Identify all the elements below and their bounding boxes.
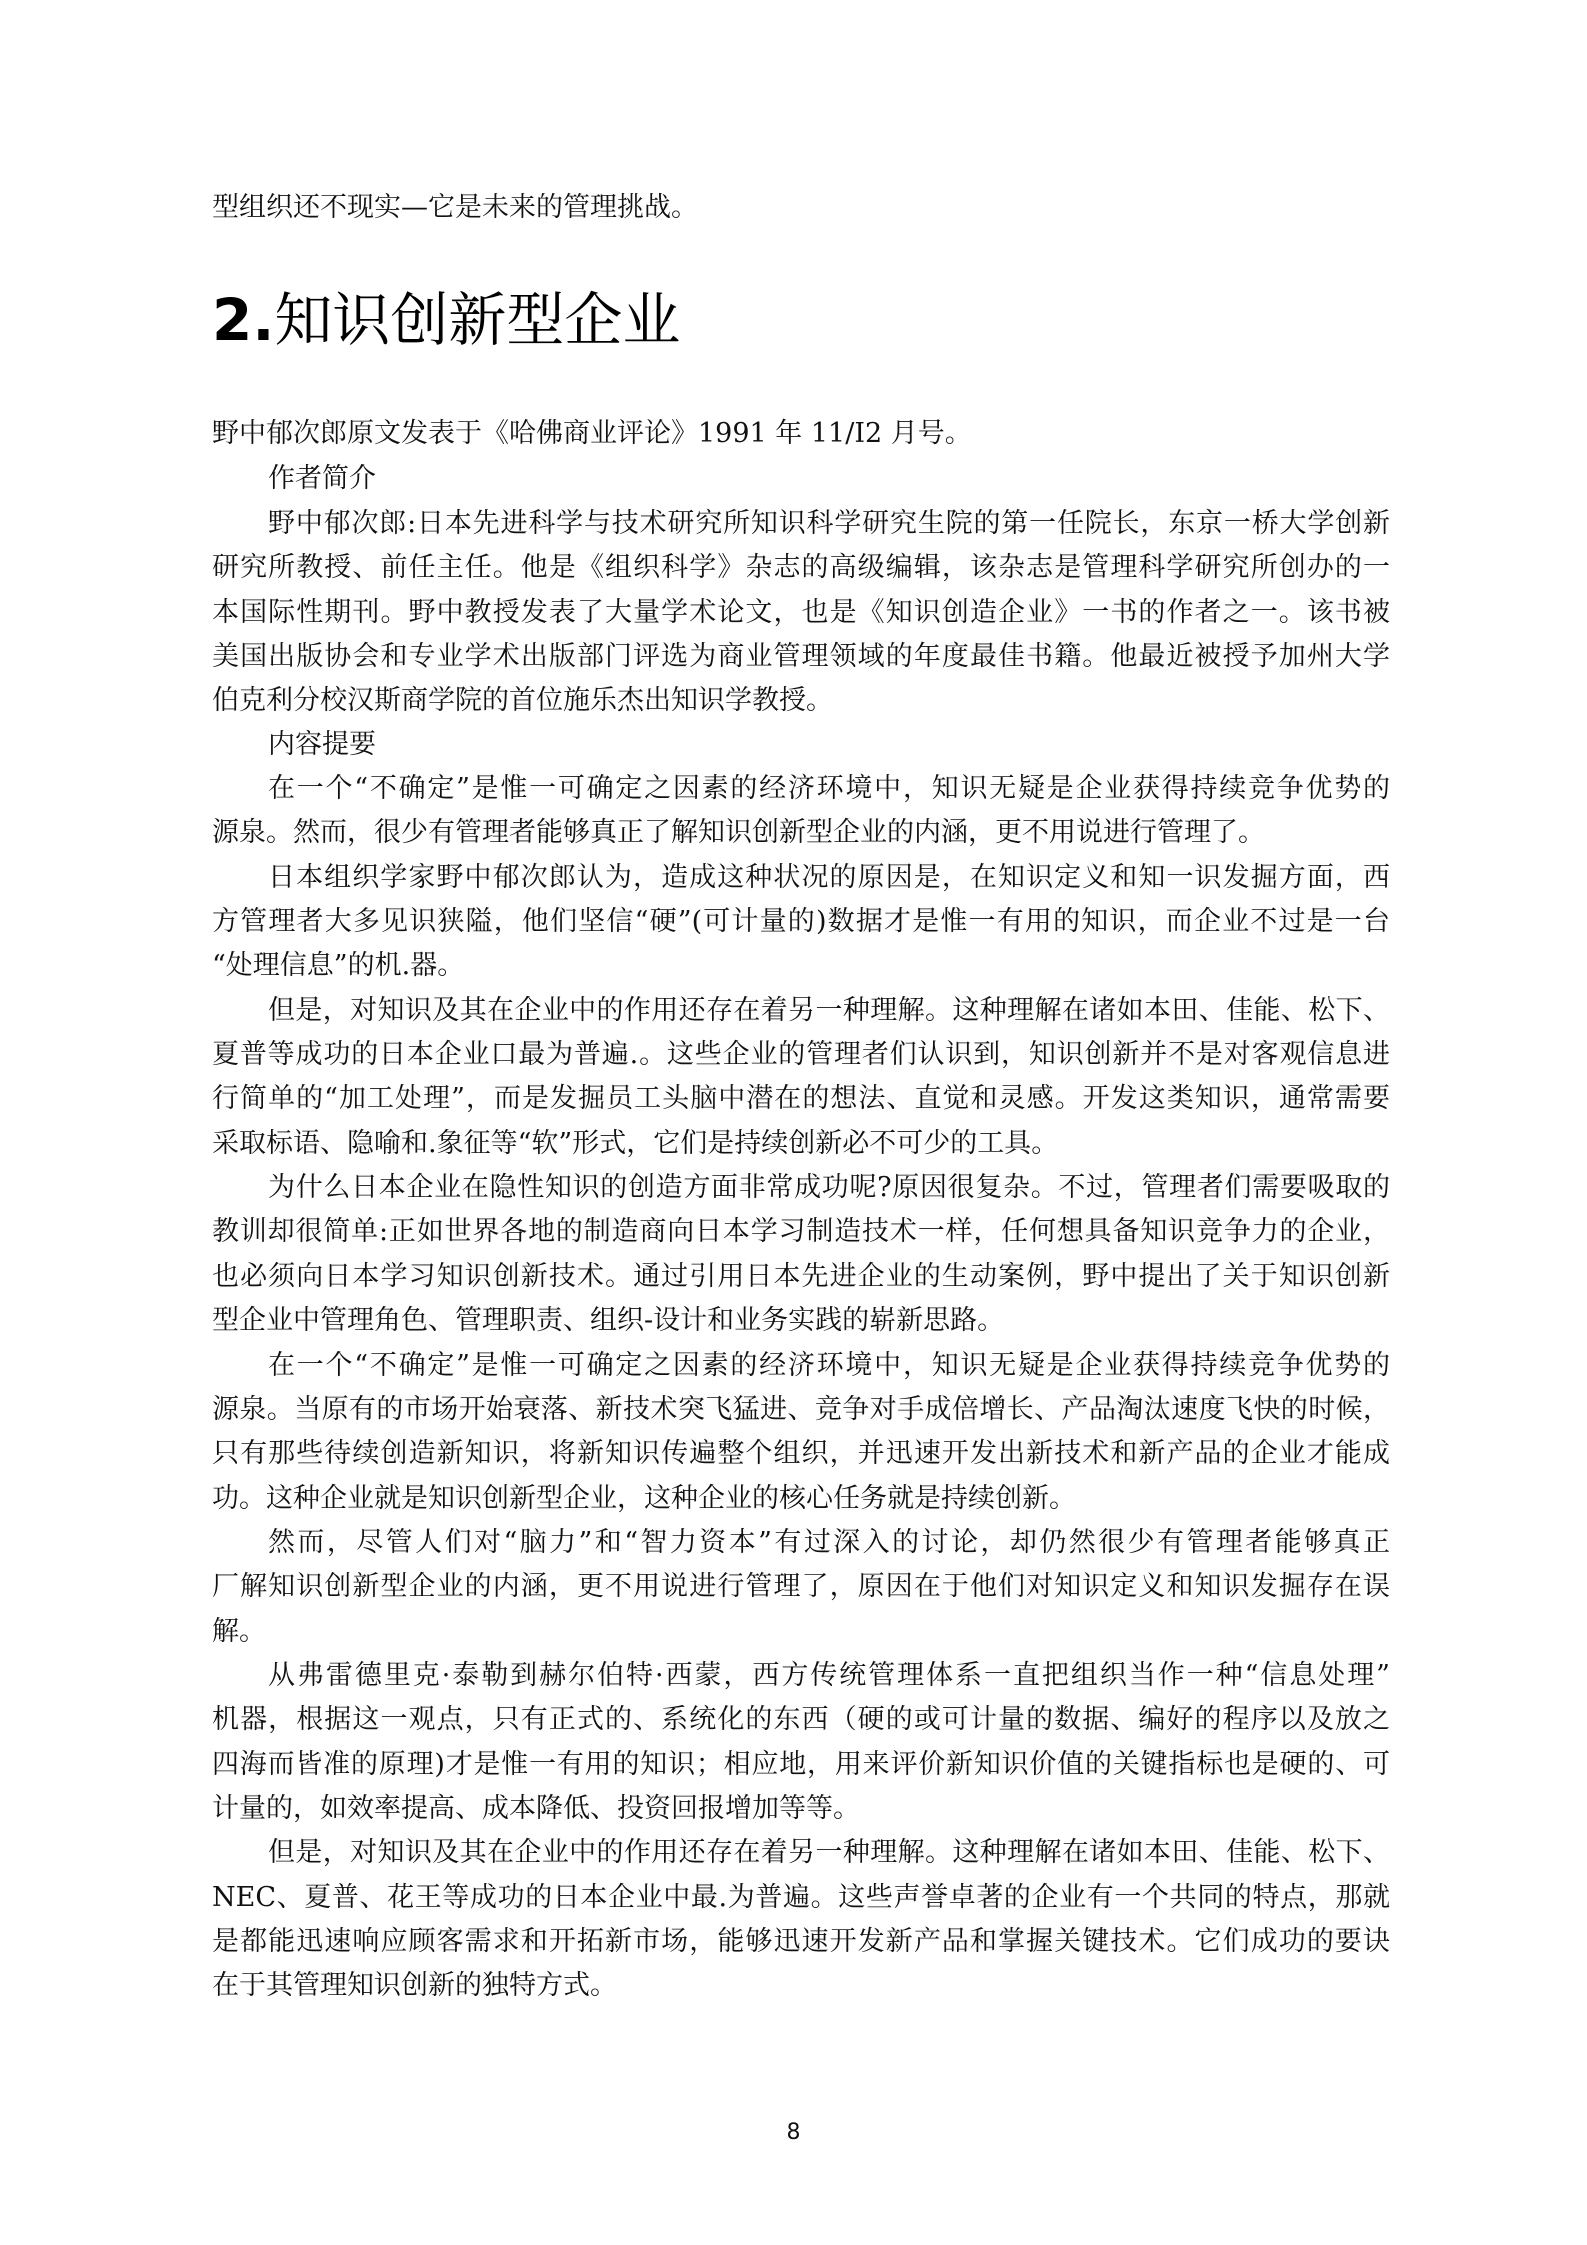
body-line: NEC、夏普、花王等成功的日本企业中最.为普遍。这些声誉卓著的企业有一个共同的特… (212, 1880, 1390, 1916)
body-line: 美国出版协会和专业学术出版部门评选为商业管理领域的年度最佳书籍。他最近被授予加州… (212, 639, 1390, 675)
body-line: 行简单的“加工处理”，而是发掘员工头脑中潜在的想法、直觉和灵感。开发这类知识，通… (212, 1081, 1390, 1117)
body-line: 源泉。当原有的市场开始衰落、新技术突飞猛进、竞争对手成倍增长、产品淘汰速度飞快的… (212, 1392, 1390, 1428)
body-line: 为什么日本企业在隐性知识的创造方面非常成功呢?原因很复杂。不过，管理者们需要吸取… (268, 1170, 1390, 1206)
body-line: 源泉。然而，很少有管理者能够真正了解知识创新型企业的内涵，更不用说进行管理了。 (212, 815, 1390, 851)
body-line: 从弗雷德里克·泰勒到赫尔伯特·西蒙，西方传统管理体系一直把组织当作一种“信息处理… (268, 1658, 1390, 1694)
body-line: 也必须向日本学习知识创新技术。通过引用日本先进企业的生动案例，野中提出了关于知识… (212, 1259, 1390, 1295)
body-line: 解。 (212, 1614, 1390, 1650)
body-line: “处理信息”的机.器。 (212, 948, 1390, 984)
body-line: 但是，对知识及其在企业中的作用还存在着另一种理解。这种理解在诸如本田、佳能、松下… (268, 993, 1390, 1029)
body-line: 功。这种企业就是知识创新型企业，这种企业的核心任务就是持续创新。 (212, 1481, 1390, 1517)
body-line: 四海而皆准的原理)才是惟一有用的知识；相应地，用来评价新知识价值的关键指标也是硬… (212, 1747, 1390, 1783)
body-line: 教训却很简单:正如世界各地的制造商向日本学习制造技术一样，任何想具备知识竞争力的… (212, 1214, 1390, 1250)
document-page: 型组织还不现实—它是未来的管理挑战。 2.知识创新型企业 野中郁次郎原文发表于《… (0, 0, 1587, 2245)
body-line: 是都能迅速响应顾客需求和开拓新市场，能够迅速开发新产品和掌握关键技术。它们成功的… (212, 1924, 1390, 1960)
body-line: 采取标语、隐喻和.象征等“软”形式，它们是持续创新必不可少的工具。 (212, 1126, 1390, 1162)
body-line: 在一个“不确定”是惟一可确定之因素的经济环境中，知识无疑是企业获得持续竞争优势的 (268, 1348, 1390, 1384)
body-line: 方管理者大多见识狭隘，他们坚信“硬”(可计量的)数据才是惟一有用的知识，而企业不… (212, 904, 1390, 940)
body-line: 夏普等成功的日本企业口最为普遍.。这些企业的管理者们认识到，知识创新并不是对客观… (212, 1037, 1390, 1073)
section-heading: 2.知识创新型企业 (212, 282, 680, 358)
heading-title: 知识创新型企业 (274, 286, 680, 354)
body-line: 在于其管理知识创新的独特方式。 (212, 1968, 1390, 2004)
author-intro-label: 作者简介 (268, 461, 1390, 497)
body-line: 但是，对知识及其在企业中的作用还存在着另一种理解。这种理解在诸如本田、佳能、松下… (268, 1835, 1390, 1871)
body-line: 本国际性期刊。野中教授发表了大量学术论文，也是《知识创造企业》一书的作者之一。该… (212, 595, 1390, 631)
body-line: 野中郁次郎:日本先进科学与技术研究所知识科学研究生院的第一任院长，东京一桥大学创… (268, 506, 1390, 542)
body-line: 日本组织学家野中郁次郎认为，造成这种状况的原因是，在知识定义和知一识发掘方面，西 (268, 860, 1390, 896)
body-line: 机器，根据这一观点，只有正式的、系统化的东西（硬的或可计量的数据、编好的程序以及… (212, 1702, 1390, 1738)
heading-number: 2. (212, 286, 274, 354)
body-line: 研究所教授、前任主任。他是《组织科学》杂志的高级编辑，该杂志是管理科学研究所创办… (212, 550, 1390, 586)
body-line: 厂解知识创新型企业的内涵，更不用说进行管理了，原因在于他们对知识定义和知识发掘存… (212, 1569, 1390, 1605)
source-line: 野中郁次郎原文发表于《哈佛商业评论》1991 年 11/I2 月号。 (212, 416, 1390, 452)
body-line: 计量的，如效率提高、成本降低、投资回报增加等等。 (212, 1791, 1390, 1827)
body-line: 在一个“不确定”是惟一可确定之因素的经济环境中，知识无疑是企业获得持续竞争优势的 (268, 771, 1390, 807)
body-line: 然而，尽管人们对“脑力”和“智力资本”有过深入的讨论，却仍然很少有管理者能够真正 (268, 1525, 1390, 1561)
continuation-line: 型组织还不现实—它是未来的管理挑战。 (212, 190, 1390, 226)
page-number: 8 (0, 2118, 1587, 2148)
summary-label: 内容提要 (268, 727, 1390, 763)
body-line: 只有那些待续创造新知识，将新知识传遍整个组织，并迅速开发出新技术和新产品的企业才… (212, 1436, 1390, 1472)
body-line: 型企业中管理角色、管理职责、组织-设计和业务实践的崭新思路。 (212, 1303, 1390, 1339)
body-line: 伯克利分校汉斯商学院的首位施乐杰出知识学教授。 (212, 683, 1390, 719)
